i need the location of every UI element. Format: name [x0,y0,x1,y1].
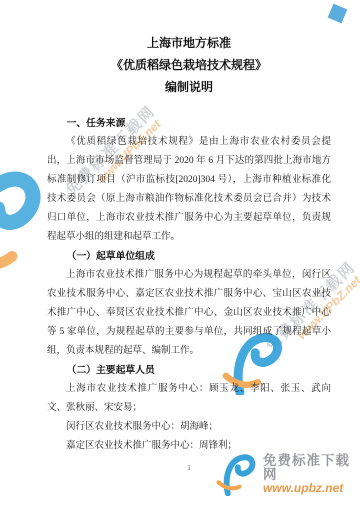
section-heading-task-source: 一、任务来源 [47,114,331,133]
title-doc-type: 编制说明 [47,76,331,98]
section-heading-drafting-units: （一）起草单位组成 [47,247,331,266]
paragraph-drafters-jiading: 嘉定区农业技术推广服务中心：周锋利； [47,437,331,456]
section-heading-drafters: （二）主要起草人员 [47,361,331,380]
page-number: 1 [47,459,331,478]
paragraph-drafting-units: 上海市农业技术推广服务中心为规程起草的牵头单位，闵行区农业技术服务中心、嘉定区农… [47,266,331,361]
title-standard-name: 《优质稻绿色栽培技术规程》 [47,54,331,76]
document-page: 免费标准下载网 www.UPbZ.net 免费标准下载网 www.UPbZ.ne… [0,0,360,509]
paragraph-drafters-main: 上海市农业技术推广服务中心：顾玉龙、李阳、张玉、武向文、张秋丽、宋安易； [47,380,331,418]
paragraph-drafters-minhang: 闵行区农业技术服务中心：胡海峰； [47,418,331,437]
document-title-block: 上海市地方标准 《优质稻绿色栽培技术规程》 编制说明 [47,0,331,98]
footer-site-url: www.upbz.net [263,482,360,495]
paragraph-task-source: 《优质稻绿色栽培技术规程》是由上海市农业农村委员会提出，上海市市场监督管理局于 … [47,133,331,247]
document-body: 一、任务来源 《优质稻绿色栽培技术规程》是由上海市农业农村委员会提出，上海市市场… [47,114,331,478]
title-standard-org: 上海市地方标准 [47,32,331,54]
document-content: 上海市地方标准 《优质稻绿色栽培技术规程》 编制说明 一、任务来源 《优质稻绿色… [47,0,331,478]
